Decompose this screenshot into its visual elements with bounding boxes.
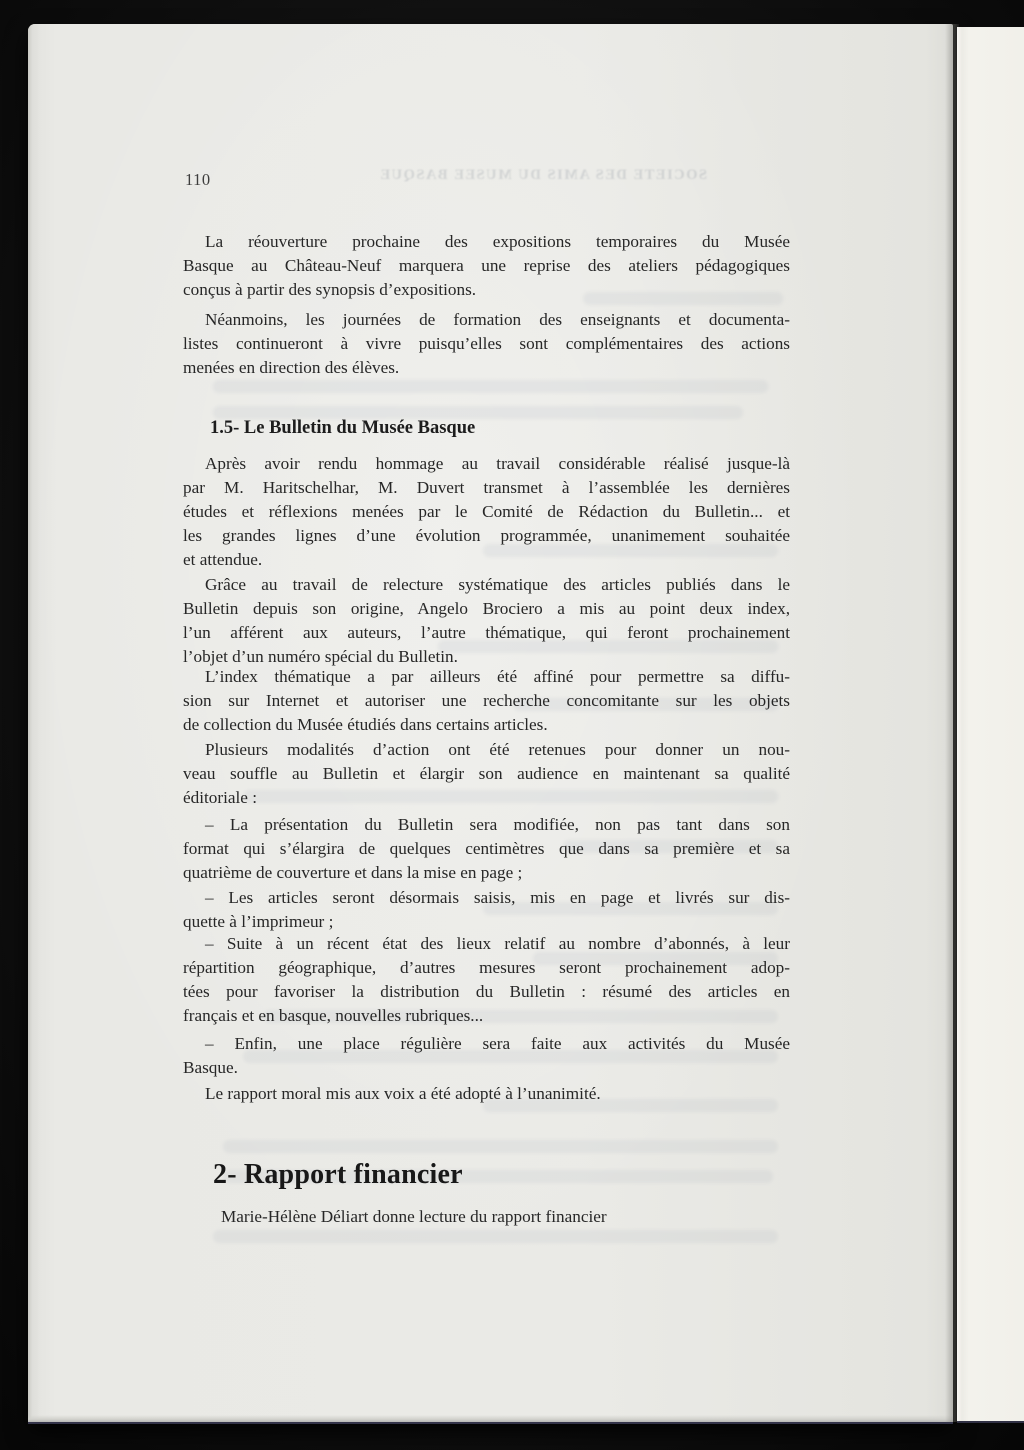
text-line: listes continueront à vivre puisqu’elles… <box>183 332 790 356</box>
paragraph-abonnes: – Suite à un récent état des lieux relat… <box>183 932 790 1028</box>
text-line: l’un afférent aux auteurs, l’autre théma… <box>183 621 790 645</box>
page-stack-edge <box>28 24 40 1422</box>
text-line: Grâce au travail de relecture systématiq… <box>183 573 790 597</box>
text-line: par M. Haritschelhar, M. Duvert transmet… <box>183 476 790 500</box>
text-line: quatrième de couverture et dans la mise … <box>183 861 790 885</box>
text-line: Bulletin depuis son origine, Angelo Broc… <box>183 597 790 621</box>
paragraph-apres: Après avoir rendu hommage au travail con… <box>183 452 790 572</box>
text-line: – La présentation du Bulletin sera modif… <box>183 813 790 837</box>
text-line: – Les articles seront désormais saisis, … <box>183 886 790 910</box>
text-line: et attendue. <box>183 548 790 572</box>
book-page: 110 SOCIETE DES AMIS DU MUSEE BASQUE La … <box>28 24 953 1422</box>
text-line: Basque au Château-Neuf marquera une repr… <box>183 254 790 278</box>
section-heading-financier: 2- Rapport financier <box>213 1158 463 1192</box>
text-line: L’index thématique a par ailleurs été af… <box>183 665 790 689</box>
paragraph-grace: Grâce au travail de relecture systématiq… <box>183 573 790 669</box>
text-line: Néanmoins, les journées de formation des… <box>183 308 790 332</box>
paragraph-articles: – Les articles seront désormais saisis, … <box>183 886 790 934</box>
text-line: quette à l’imprimeur ; <box>183 910 790 934</box>
paragraph-rapport-moral: Le rapport moral mis aux voix a été adop… <box>183 1082 790 1106</box>
text-line: – Suite à un récent état des lieux relat… <box>183 932 790 956</box>
text-line: Plusieurs modalités d’action ont été ret… <box>183 738 790 762</box>
text-line: répartition géographique, d’autres mesur… <box>183 956 790 980</box>
paragraph-modalites: Plusieurs modalités d’action ont été ret… <box>183 738 790 810</box>
text-line: français et en basque, nouvelles rubriqu… <box>183 1004 790 1028</box>
paragraph-deliart: Marie-Hélène Déliart donne lecture du ra… <box>183 1205 790 1229</box>
facing-page-edge <box>957 27 1024 1421</box>
paragraph-reouverture: La réouverture prochaine des expositions… <box>183 230 790 302</box>
bleedthrough-smudge <box>213 380 768 393</box>
paragraph-neanmoins: Néanmoins, les journées de formation des… <box>183 308 790 380</box>
text-line: format qui s’élargira de quelques centim… <box>183 837 790 861</box>
text-line: tées pour favoriser la distribution du B… <box>183 980 790 1004</box>
text-line: veau souffle au Bulletin et élargir son … <box>183 762 790 786</box>
text-line: Marie-Hélène Déliart donne lecture du ra… <box>183 1205 790 1229</box>
text-line: conçus à partir des synopsis d’expositio… <box>183 278 790 302</box>
book-photo: 110 SOCIETE DES AMIS DU MUSEE BASQUE La … <box>0 0 1024 1450</box>
text-line: Basque. <box>183 1056 790 1080</box>
text-line: menées en direction des élèves. <box>183 356 790 380</box>
bleedthrough-smudge <box>223 1140 778 1153</box>
text-line: de collection du Musée étudiés dans cert… <box>183 713 790 737</box>
text-line: La réouverture prochaine des expositions… <box>183 230 790 254</box>
bleedthrough-smudge <box>213 1230 778 1243</box>
paragraph-index: L’index thématique a par ailleurs été af… <box>183 665 790 737</box>
text-line: Le rapport moral mis aux voix a été adop… <box>183 1082 790 1106</box>
paragraph-enfin: – Enfin, une place régulière sera faite … <box>183 1032 790 1080</box>
text-line: – Enfin, une place régulière sera faite … <box>183 1032 790 1056</box>
text-line: études et réflexions menées par le Comit… <box>183 500 790 524</box>
text-line: éditoriale : <box>183 786 790 810</box>
text-line: les grandes lignes d’une évolution progr… <box>183 524 790 548</box>
paragraph-presentation: – La présentation du Bulletin sera modif… <box>183 813 790 885</box>
facing-page-highlight <box>957 27 962 1421</box>
section-heading-bulletin: 1.5- Le Bulletin du Musée Basque <box>210 415 475 441</box>
text-line: Après avoir rendu hommage au travail con… <box>183 452 790 476</box>
text-line: sion sur Internet et autoriser une reche… <box>183 689 790 713</box>
text-column: La réouverture prochaine des expositions… <box>183 24 790 1422</box>
